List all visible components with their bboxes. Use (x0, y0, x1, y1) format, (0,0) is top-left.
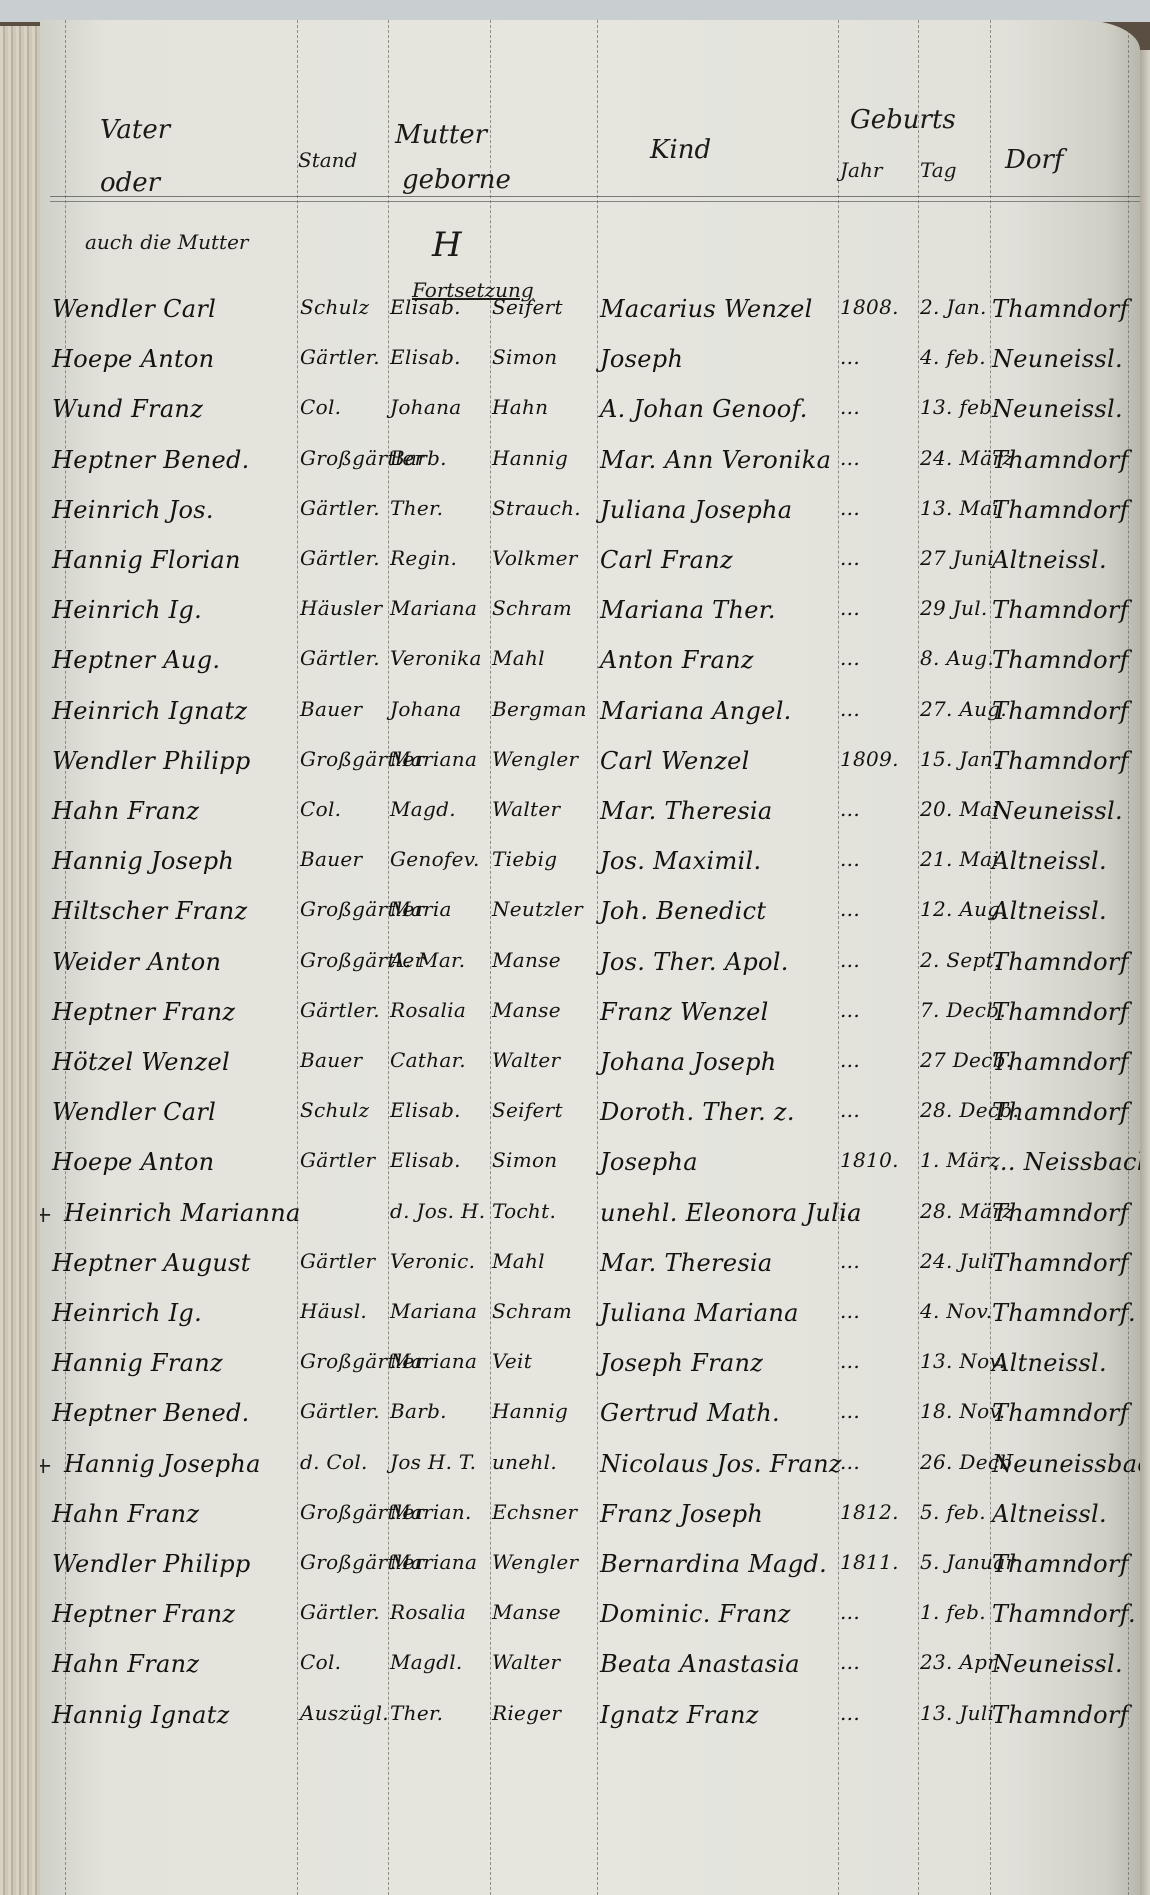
cell-child: Mar. Theresia (600, 1249, 773, 1277)
cell-child: Juliana Josepha (600, 496, 792, 524)
cell-father: Heptner August (52, 1249, 251, 1277)
cell-year: ... (840, 948, 860, 972)
cell-mother-first: Veronika (390, 646, 482, 670)
cell-father: Hahn Franz (52, 1650, 199, 1678)
cell-father: Hoepe Anton (52, 345, 214, 373)
cell-status: Auszügl. (300, 1701, 389, 1725)
cell-year: ... (840, 546, 860, 570)
cell-status: Col. (300, 797, 341, 821)
cell-day: 23. Apr. (920, 1650, 1002, 1674)
cell-status: Schulz (300, 1098, 369, 1122)
cell-status: Bauer (300, 697, 362, 721)
cell-village: Neuneissl. (992, 797, 1123, 825)
cell-status: Gärtler (300, 1249, 375, 1273)
cell-child: Dominic. Franz (600, 1600, 791, 1628)
cell-father: Weider Anton (52, 948, 221, 976)
cell-mother-last: Hannig (492, 1399, 568, 1423)
cell-year: 1811. (840, 1550, 899, 1574)
cell-year: ... (840, 998, 860, 1022)
cell-mother-first: Ther. (390, 496, 443, 520)
cell-day: 4. feb. (920, 345, 986, 369)
cell-year: ... (840, 1048, 860, 1072)
cell-mother-first: Veronic. (390, 1249, 475, 1273)
cell-year: ... (840, 1349, 860, 1373)
cell-mother-last: Echsner (492, 1500, 577, 1524)
cell-village: ... Neissbach (992, 1148, 1140, 1176)
cell-year: 1809. (840, 747, 899, 771)
cell-child: Mar. Ann Veronika (600, 446, 831, 474)
cell-day: 4. Nov. (920, 1299, 992, 1323)
margin-cross-mark: + (40, 1454, 52, 1479)
cell-mother-first: Cathar. (390, 1048, 466, 1072)
cell-mother-first: Mariana (390, 1299, 477, 1323)
column-rule (597, 20, 598, 1895)
cell-village: Altneissl. (992, 847, 1107, 875)
cell-mother-last: Walter (492, 797, 560, 821)
cell-year: ... (840, 1701, 860, 1725)
cell-village: Thamndorf (992, 998, 1129, 1026)
cell-father: Heinrich Ignatz (52, 697, 247, 725)
cell-status: Gärtler. (300, 546, 380, 570)
section-letter: H (432, 225, 462, 266)
cell-child: A. Johan Genoof. (600, 395, 808, 423)
cell-village: Altneissl. (992, 1349, 1107, 1377)
cell-year: ... (840, 446, 860, 470)
cell-mother-first: Mariana (390, 1349, 477, 1373)
column-rule (918, 20, 919, 1895)
cell-status: Schulz (300, 295, 369, 319)
cell-mother-last: Neutzler (492, 897, 583, 921)
cell-village: Thamndorf (992, 1199, 1129, 1227)
cell-mother-first: Elisab. (390, 295, 461, 319)
cell-father: Heptner Bened. (52, 1399, 250, 1427)
cell-child: Jos. Maximil. (600, 847, 761, 875)
cell-father: Heptner Franz (52, 1600, 235, 1628)
cell-year: ... (840, 646, 860, 670)
cell-father: Hannig Josepha (64, 1450, 261, 1478)
cell-father: Hiltscher Franz (52, 897, 247, 925)
header-day: Tag (920, 158, 957, 182)
cell-village: Neuneissl. (992, 395, 1123, 423)
cell-status: Bauer (300, 1048, 362, 1072)
cell-father: Wendler Carl (52, 1098, 216, 1126)
cell-status: Col. (300, 395, 341, 419)
cell-father: Heinrich Jos. (52, 496, 214, 524)
cell-mother-first: Elisab. (390, 345, 461, 369)
cell-day: 13. Juli (920, 1701, 994, 1725)
cell-village: Thamndorf. (992, 1600, 1136, 1628)
cell-father: Hannig Florian (52, 546, 241, 574)
header-father-sub2: auch die Mutter (85, 230, 248, 254)
cell-status: Gärtler. (300, 1600, 380, 1624)
cell-village: Thamndorf (992, 1048, 1129, 1076)
cell-status: Gärtler. (300, 345, 380, 369)
header-rule (50, 196, 1140, 202)
cell-mother-first: d. Jos. H. (390, 1199, 485, 1223)
cell-day: 20. Mai (920, 797, 999, 821)
cell-mother-last: Wengler (492, 1550, 578, 1574)
cell-status: d. Col. (300, 1450, 368, 1474)
cell-father: Wendler Philipp (52, 747, 251, 775)
cell-mother-first: Barb. (390, 1399, 447, 1423)
cell-child: Carl Franz (600, 546, 733, 574)
cell-child: Joseph (600, 345, 683, 373)
cell-year: ... (840, 496, 860, 520)
cell-mother-first: Johana (390, 395, 461, 419)
cell-mother-last: Hahn (492, 395, 548, 419)
cell-mother-last: Manse (492, 998, 561, 1022)
cell-mother-last: Seifert (492, 295, 563, 319)
cell-village: Altneissl. (992, 1500, 1107, 1528)
cell-mother-first: Mariana (390, 747, 477, 771)
cell-father: Hötzel Wenzel (52, 1048, 230, 1076)
cell-day: 21. Mai (920, 847, 999, 871)
cell-mother-last: Seifert (492, 1098, 563, 1122)
cell-year: ... (840, 697, 860, 721)
header-child: Kind (650, 135, 711, 166)
header-father-sub: oder (100, 168, 160, 199)
cell-status: Gärtler. (300, 496, 380, 520)
cell-mother-first: Mariana (390, 596, 477, 620)
cell-mother-last: Manse (492, 948, 561, 972)
cell-village: Altneissl. (992, 897, 1107, 925)
cell-village: Thamndorf (992, 646, 1129, 674)
cell-status: Col. (300, 1650, 341, 1674)
cell-status: Gärtler (300, 1148, 375, 1172)
cell-mother-last: Veit (492, 1349, 532, 1373)
cell-mother-first: Mariana (390, 1550, 477, 1574)
cell-child: Joh. Benedict (600, 897, 766, 925)
cell-year: 1808. (840, 295, 899, 319)
cell-year: ... (840, 1650, 860, 1674)
cell-year: ... (840, 1399, 860, 1423)
cell-father: Heinrich Ig. (52, 1299, 202, 1327)
cell-day: 2. Sept. (920, 948, 1001, 972)
header-father: Vater (100, 115, 170, 146)
cell-day: 8. Aug. (920, 646, 994, 670)
cell-village: Thamndorf (992, 596, 1129, 624)
cell-child: Mariana Ther. (600, 596, 776, 624)
cell-father: Hahn Franz (52, 1500, 199, 1528)
cell-mother-last: Walter (492, 1048, 560, 1072)
cell-mother-last: Mahl (492, 1249, 545, 1273)
cell-mother-last: Simon (492, 345, 557, 369)
cell-mother-last: Volkmer (492, 546, 578, 570)
column-rule (838, 20, 839, 1895)
cell-child: Doroth. Ther. z. (600, 1098, 795, 1126)
cell-status: Gärtler. (300, 1399, 380, 1423)
cell-mother-first: Jos H. T. (390, 1450, 476, 1474)
cell-mother-last: Strauch. (492, 496, 581, 520)
cell-mother-last: Simon (492, 1148, 557, 1172)
cell-year: ... (840, 1299, 860, 1323)
cell-mother-first: A. Mar. (390, 948, 465, 972)
cell-year: ... (840, 1098, 860, 1122)
cell-year: ... (840, 596, 860, 620)
cell-day: 5. feb. (920, 1500, 986, 1524)
cell-father: Wendler Carl (52, 295, 216, 323)
header-village: Dorf (1005, 145, 1064, 176)
cell-father: Heinrich Marianna (64, 1199, 301, 1227)
cell-child: Bernardina Magd. (600, 1550, 827, 1578)
cell-day: 1. feb. (920, 1600, 986, 1624)
cell-village: Thamndorf (992, 1399, 1129, 1427)
header-mother: Mutter (395, 120, 487, 151)
cell-father: Heptner Bened. (52, 446, 250, 474)
column-rule (297, 20, 298, 1895)
cell-mother-first: Marian. (390, 1500, 472, 1524)
cell-year: ... (840, 1600, 860, 1624)
cell-day: 27 Juni (920, 546, 994, 570)
cell-mother-first: Rosalia (390, 998, 466, 1022)
header-status: Stand (298, 148, 357, 172)
cell-village: Thamndorf. (992, 1299, 1136, 1327)
cell-mother-first: Magdl. (390, 1650, 463, 1674)
cell-mother-last: Rieger (492, 1701, 561, 1725)
cell-mother-last: Mahl (492, 646, 545, 670)
cell-day: 2. Jan. (920, 295, 987, 319)
cell-mother-last: Schram (492, 596, 572, 620)
cell-child: Ignatz Franz (600, 1701, 759, 1729)
cell-village: Neuneissbach (992, 1450, 1140, 1478)
cell-mother-first: Elisab. (390, 1148, 461, 1172)
cell-father: Hoepe Anton (52, 1148, 214, 1176)
cell-father: Heptner Franz (52, 998, 235, 1026)
cell-status: Häusler (300, 596, 382, 620)
cell-child: Franz Wenzel (600, 998, 769, 1026)
cell-child: Beata Anastasia (600, 1650, 800, 1678)
cell-child: Anton Franz (600, 646, 754, 674)
cell-village: Thamndorf (992, 1098, 1129, 1126)
cell-mother-last: Wengler (492, 747, 578, 771)
cell-village: Neuneissl. (992, 1650, 1123, 1678)
cell-year: 1812. (840, 1500, 899, 1524)
cell-father: Wund Franz (52, 395, 203, 423)
cell-child: Nicolaus Jos. Franz (600, 1450, 842, 1478)
cell-mother-first: Barb. (390, 446, 447, 470)
header-mother-sub: geborne (402, 165, 511, 196)
cell-village: Thamndorf (992, 1550, 1129, 1578)
cell-mother-last: Schram (492, 1299, 572, 1323)
cell-child: Macarius Wenzel (600, 295, 813, 323)
cell-status: Häusl. (300, 1299, 367, 1323)
cell-village: Thamndorf (992, 1249, 1129, 1277)
cell-mother-last: Hannig (492, 446, 568, 470)
cell-year: ... (840, 395, 860, 419)
cell-mother-last: Tocht. (492, 1199, 556, 1223)
cell-father: Hannig Joseph (52, 847, 234, 875)
cell-day: 13. feb. (920, 395, 999, 419)
cell-year: 1810. (840, 1148, 899, 1172)
cell-year: ... (840, 897, 860, 921)
cell-year: ... (840, 1450, 860, 1474)
cell-day: 13. Mai (920, 496, 999, 520)
cell-village: Thamndorf (992, 1701, 1129, 1729)
cell-father: Hannig Franz (52, 1349, 223, 1377)
cell-year: ... (840, 847, 860, 871)
cell-village: Altneissl. (992, 546, 1107, 574)
cell-mother-first: Regin. (390, 546, 457, 570)
cell-father: Hahn Franz (52, 797, 199, 825)
cell-child: Franz Joseph (600, 1500, 763, 1528)
cell-status: Gärtler. (300, 998, 380, 1022)
cell-year: ... (840, 797, 860, 821)
cell-father: Heinrich Ig. (52, 596, 202, 624)
cell-day: 15. Jan. (920, 747, 1000, 771)
cell-father: Wendler Philipp (52, 1550, 251, 1578)
margin-cross-mark: + (40, 1203, 52, 1228)
cell-year: ... (840, 1199, 860, 1223)
cell-status: Bauer (300, 847, 362, 871)
cell-mother-first: Magd. (390, 797, 456, 821)
cell-village: Thamndorf (992, 446, 1129, 474)
cell-mother-last: Walter (492, 1650, 560, 1674)
cell-child: Juliana Mariana (600, 1299, 799, 1327)
header-birth: Geburts (850, 105, 956, 136)
ledger-page: Vater oder auch die Mutter Stand Mutter … (40, 20, 1140, 1895)
cell-mother-last: Bergman (492, 697, 587, 721)
cell-village: Thamndorf (992, 496, 1129, 524)
header-year: Jahr (840, 158, 882, 182)
cell-child: Josepha (600, 1148, 698, 1176)
cell-child: Mariana Angel. (600, 697, 792, 725)
cell-mother-first: Maria (390, 897, 452, 921)
cell-child: Carl Wenzel (600, 747, 750, 775)
cell-village: Thamndorf (992, 697, 1129, 725)
cell-mother-first: Elisab. (390, 1098, 461, 1122)
page-edges (0, 26, 44, 1895)
cell-father: Hannig Ignatz (52, 1701, 230, 1729)
cell-mother-last: Manse (492, 1600, 561, 1624)
cell-mother-last: unehl. (492, 1450, 557, 1474)
cell-status: Gärtler. (300, 646, 380, 670)
cell-village: Thamndorf (992, 295, 1129, 323)
cell-child: Johana Joseph (600, 1048, 777, 1076)
cell-child: Joseph Franz (600, 1349, 763, 1377)
cell-child: unehl. Eleonora Julia (600, 1199, 862, 1227)
cell-village: Thamndorf (992, 747, 1129, 775)
cell-child: Gertrud Math. (600, 1399, 780, 1427)
cell-mother-first: Rosalia (390, 1600, 466, 1624)
cell-mother-first: Johana (390, 697, 461, 721)
cell-mother-first: Ther. (390, 1701, 443, 1725)
cell-mother-last: Tiebig (492, 847, 557, 871)
cell-mother-first: Genofev. (390, 847, 480, 871)
cell-day: 24. Juli (920, 1249, 994, 1273)
cell-day: 29 Jul. (920, 596, 988, 620)
cell-year: ... (840, 345, 860, 369)
cell-year: ... (840, 1249, 860, 1273)
cell-father: Heptner Aug. (52, 646, 220, 674)
cell-child: Jos. Ther. Apol. (600, 948, 789, 976)
cell-village: Thamndorf (992, 948, 1129, 976)
cell-day: 1. März (920, 1148, 1000, 1172)
cell-child: Mar. Theresia (600, 797, 773, 825)
cell-village: Neuneissl. (992, 345, 1123, 373)
